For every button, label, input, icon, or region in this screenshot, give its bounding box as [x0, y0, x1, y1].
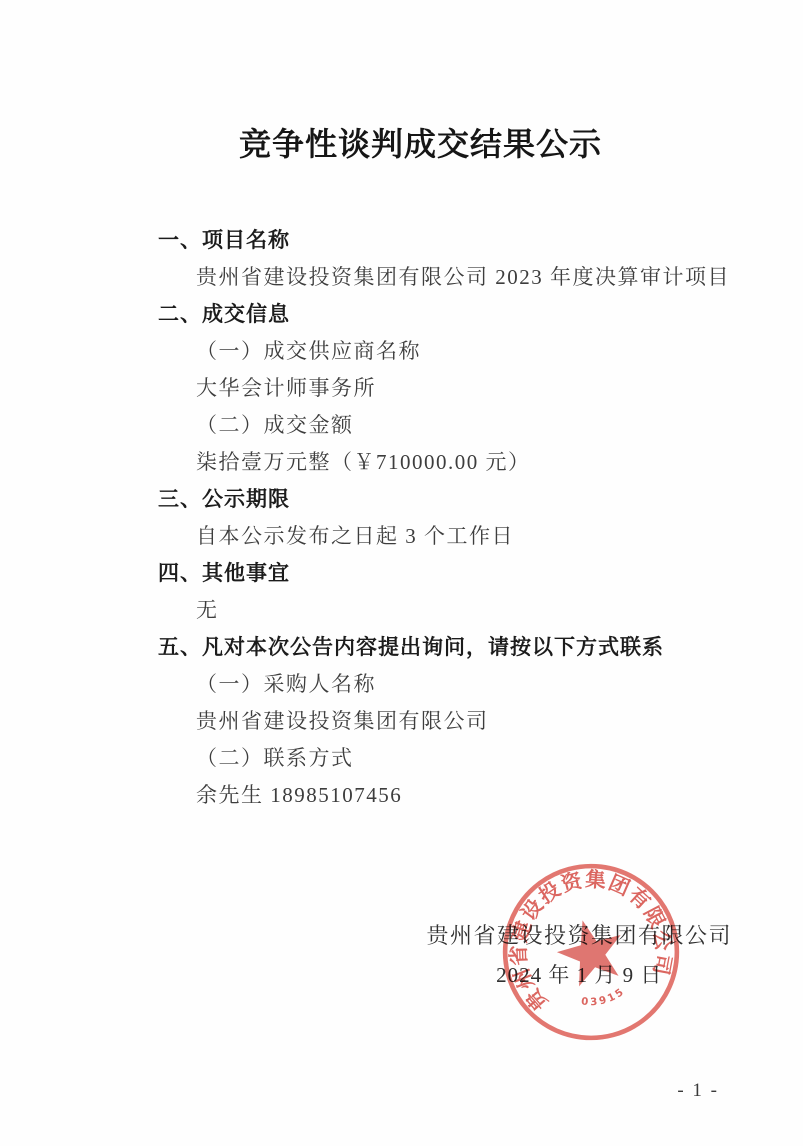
company-seal-stamp: 贵州省建设投资集团有限公司 5201039152889 [478, 839, 703, 1064]
sub-heading: （二）成交金额 [0, 405, 803, 442]
document-page: 竞争性谈判成交结果公示 一、项目名称贵州省建设投资集团有限公司 2023 年度决… [0, 0, 803, 1146]
body-line: 贵州省建设投资集团有限公司 2023 年度决算审计项目 [0, 257, 803, 294]
section-heading: 一、项目名称 [0, 220, 803, 257]
body-line: 自本公示发布之日起 3 个工作日 [0, 516, 803, 553]
section-heading: 四、其他事宜 [0, 553, 803, 590]
section-heading: 三、公示期限 [0, 479, 803, 516]
body-line: 大华会计师事务所 [0, 368, 803, 405]
body-line: 贵州省建设投资集团有限公司 [0, 701, 803, 738]
page-number: - 1 - [677, 1080, 719, 1102]
section-heading: 二、成交信息 [0, 294, 803, 331]
sub-heading: （二）联系方式 [0, 738, 803, 775]
page-title: 竞争性谈判成交结果公示 [0, 119, 803, 165]
sub-heading: （一）成交供应商名称 [0, 331, 803, 368]
body-line: 无 [0, 590, 803, 627]
document-body: 一、项目名称贵州省建设投资集团有限公司 2023 年度决算审计项目二、成交信息（… [0, 220, 803, 812]
sub-heading: （一）采购人名称 [0, 664, 803, 701]
star-icon [551, 912, 631, 990]
section-heading: 五、凡对本次公告内容提出询问，请按以下方式联系 [0, 627, 803, 664]
body-line: 余先生 18985107456 [0, 775, 803, 812]
body-line: 柒拾壹万元整（￥710000.00 元） [0, 442, 803, 479]
